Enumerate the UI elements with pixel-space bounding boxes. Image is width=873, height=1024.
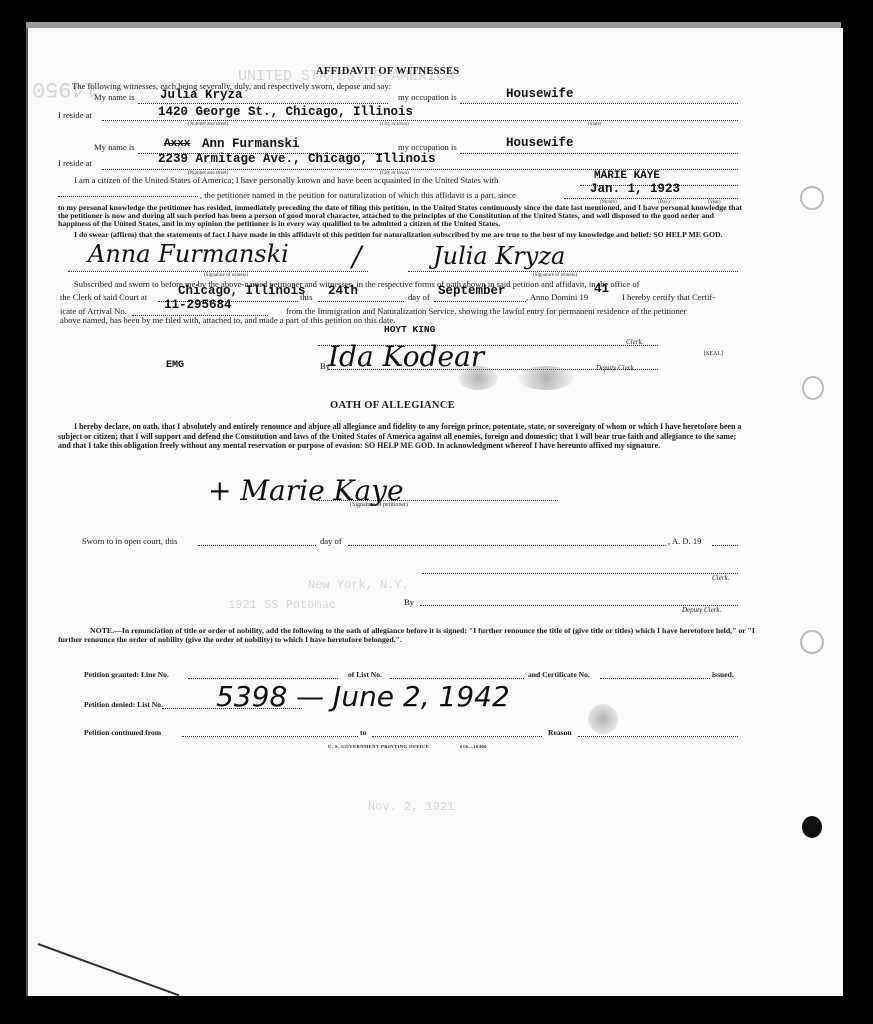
affidavit-title: AFFIDAVIT OF WITNESSES	[316, 66, 459, 77]
witness2-occupation: Housewife	[506, 136, 574, 150]
oath-text: I hereby declare, on oath, that I absolu…	[58, 422, 748, 451]
printer-credit: U. S. GOVERNMENT PRINTING OFFICE	[328, 744, 429, 749]
petition-denied-label: Petition denied: List No.	[84, 700, 163, 709]
reside-label: I reside at	[58, 158, 92, 168]
petition-denied-value: 5398 — June 2, 1942	[216, 680, 510, 713]
year-value: 41	[594, 282, 609, 296]
form-code: 616—10460	[460, 744, 487, 749]
occupation-label: my occupation is	[398, 92, 457, 102]
document-page: UNITED STATES OF AMERICA New York, N.Y. …	[26, 28, 843, 996]
deputy-clerk-signature: Ida Kodear	[328, 340, 484, 373]
petitioner-name: MARIE KAYE	[594, 170, 660, 182]
witness-signature-kryza: Julia Kryza	[433, 242, 565, 270]
knowledge-statement: to my personal knowledge the petitioner …	[58, 204, 748, 227]
petition-continued-label: Petition continued from	[84, 728, 161, 737]
court-location: Chicago, Illinois	[178, 284, 306, 298]
oath-title: OATH OF ALLEGIANCE	[330, 400, 455, 411]
sworn-open-court-label: Sworn to in open court, this	[82, 536, 177, 546]
nobility-note: NOTE.—In renunciation of title or order …	[58, 626, 758, 645]
witness1-address: 1420 George St., Chicago, Illinois	[158, 105, 413, 119]
bleed-through-line: 1921 SS Potomac	[228, 598, 336, 612]
month-value: September	[438, 284, 506, 298]
day-value: 24th	[328, 284, 358, 298]
clerk-name: HOYT KING	[384, 324, 435, 335]
punch-hole	[800, 186, 824, 210]
witness-signature-furmanski: Anna Furmanski	[88, 240, 289, 268]
citizen-statement: I am a citizen of the United States of A…	[74, 175, 498, 185]
clerk-initials: EMG	[166, 360, 184, 371]
my-name-label: My name is	[94, 92, 135, 102]
punch-hole	[800, 630, 824, 654]
bleed-through-line: New York, N.Y.	[308, 578, 409, 592]
reside-label: I reside at	[58, 110, 92, 120]
occupation-label: my occupation is	[398, 142, 457, 152]
my-name-label: My name is	[94, 142, 135, 152]
witness2-name: Ann Furmanski	[202, 137, 300, 151]
punch-hole	[802, 376, 824, 400]
bleed-through-line: Nov. 2, 1921	[368, 800, 454, 814]
seal-label: [SEAL]	[704, 351, 723, 357]
witness2-name-struck: Axxx	[164, 138, 190, 150]
punch-hole	[802, 816, 822, 838]
witness1-occupation: Housewife	[506, 87, 574, 101]
swear-statement: I do swear (affirm) that the statements …	[58, 231, 748, 239]
petitioner-statement: , the petitioner named in the petition f…	[200, 190, 516, 200]
witness1-name: Julia Kryza	[160, 88, 243, 102]
petition-granted-label: Petition granted: Line No.	[84, 670, 169, 679]
witness2-address: 2239 Armitage Ave., Chicago, Illinois	[158, 152, 436, 166]
scratch-mark	[38, 943, 180, 996]
since-date: Jan. 1, 1923	[590, 182, 680, 196]
certificate-arrival-number: 11-295684	[164, 298, 232, 312]
